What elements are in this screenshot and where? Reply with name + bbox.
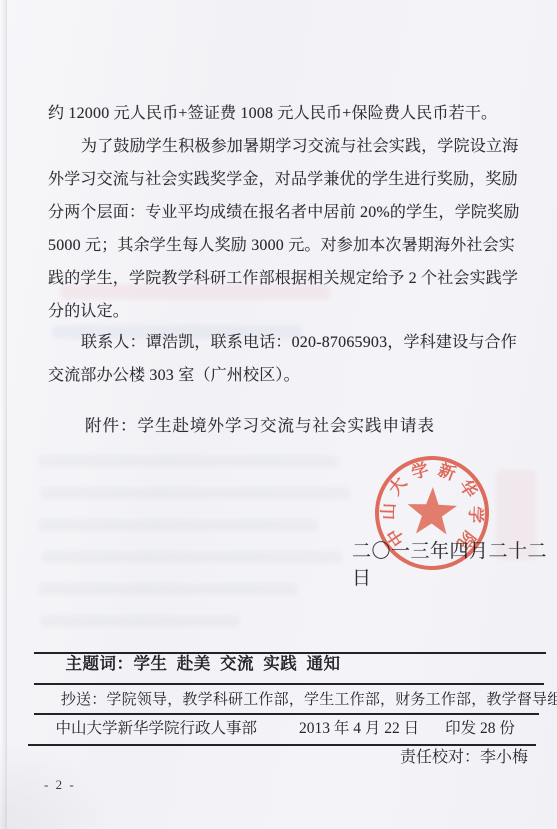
bleed-through-artifact xyxy=(40,615,240,627)
proofreader-text: 责任校对：李小梅 xyxy=(400,749,528,766)
official-seal: 中 山 大 学 新 华 学 院 xyxy=(368,449,496,577)
body-line: 为了鼓励学生积极参加暑期学习交流与社会实践，学院设立海 xyxy=(48,135,551,159)
seal-char: 学 xyxy=(466,506,487,524)
bleed-through-artifact xyxy=(40,487,350,499)
subject-terms-row: 主题词：学生 赴美 交流 实践 通知 xyxy=(34,628,546,654)
document-page: 约 12000 元人民币+签证费 1008 元人民币+保险费人民币若干。 为了鼓… xyxy=(0,0,557,829)
cc-row: 抄送：学院领导，教学科研工作部，学生工作部，财务工作部，教学督导组。 xyxy=(34,658,544,685)
seal-char: 山 xyxy=(379,503,399,521)
issuer-row: 中山大学新华学院行政人事部2013 年 4 月 22 日印发 28 份 xyxy=(34,687,539,715)
body-line: 践的学生，学院教学科研工作部根据相关规定给予 2 个社会实践学 xyxy=(48,267,518,291)
attachment-line: 附件：学生赴境外学习交流与社会实践申请表 xyxy=(85,412,435,436)
body-line: 联系人：谭浩凯，联系电话：020-87065903，学科建设与合作 xyxy=(48,331,551,355)
bleed-through-artifact xyxy=(38,519,318,531)
bleed-through-artifact xyxy=(42,551,342,563)
proofreader-row: 责任校对：李小梅 xyxy=(28,719,536,746)
seal-star-icon xyxy=(407,486,458,535)
page-number: - 2 - xyxy=(44,777,76,793)
body-line: 约 12000 元人民币+签证费 1008 元人民币+保险费人民币若干。 xyxy=(48,102,518,126)
body-line: 交流部办公楼 303 室（广州校区）。 xyxy=(48,364,518,388)
bleed-through-artifact xyxy=(38,583,298,595)
body-line: 外学习交流与社会实践奖学金，对品学兼优的学生进行奖励，奖励 xyxy=(48,168,518,192)
body-line: 5000 元；其余学生每人奖励 3000 元。对参加本次暑期海外社会实 xyxy=(48,234,518,258)
bleed-through-artifact xyxy=(38,455,338,467)
body-line: 分两个层面：专业平均成绩在报名者中居前 20%的学生，学院奖励 xyxy=(48,201,518,225)
body-line: 分的认定。 xyxy=(48,300,518,324)
scan-edge xyxy=(0,0,7,829)
